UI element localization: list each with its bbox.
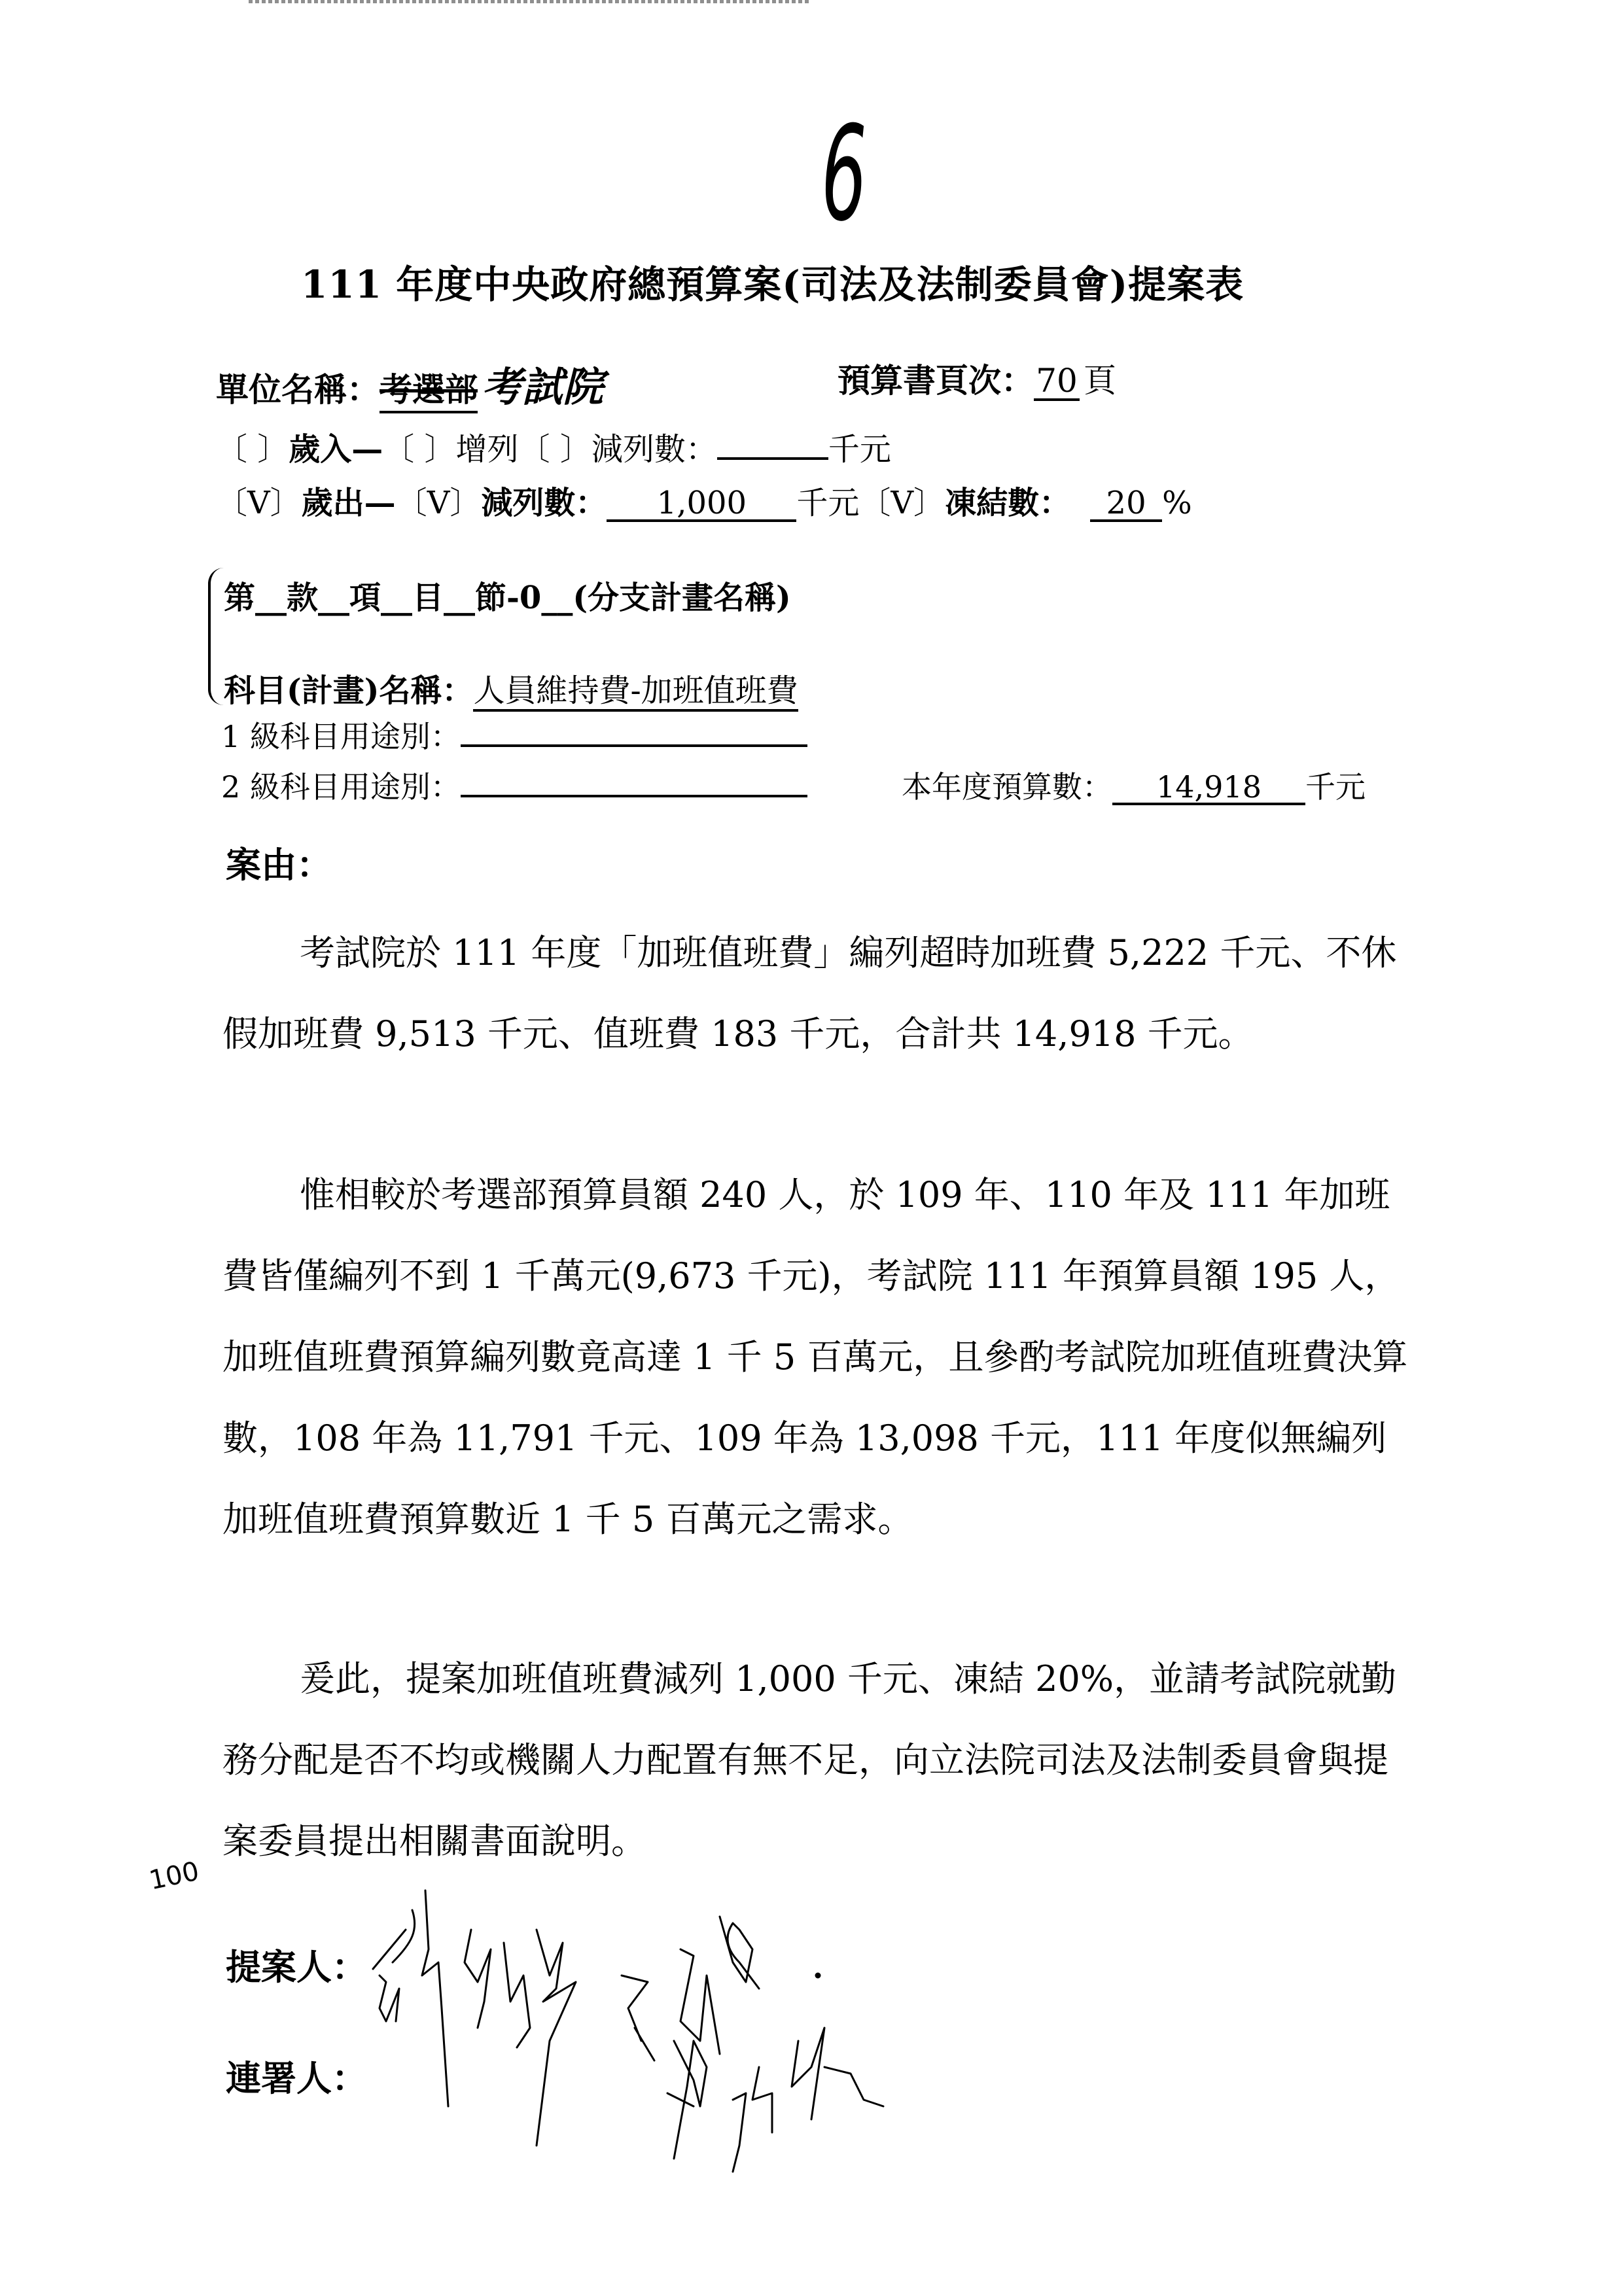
revenue-line: 〔 〕歲入—〔 〕增列〔 〕減列數：千元	[216, 424, 891, 469]
exp-decrease-checkbox[interactable]: 〔V〕	[396, 485, 482, 521]
proposer-label: 提案人：	[226, 1939, 367, 1990]
freeze-amount[interactable]: 20	[1090, 487, 1162, 522]
level1-field[interactable]	[461, 717, 807, 747]
level1-row: 1 級科目用途別：	[221, 713, 807, 756]
level2-label: 2 級科目用途別：	[221, 769, 461, 805]
reason-paragraph-3: 爰此，提案加班值班費減列 1,000 千元、凍結 20%，並請考試院就勤務分配是…	[222, 1639, 1413, 1882]
reason-paragraph-2-text: 惟相較於考選部預算員額 240 人，於 109 年、110 年及 111 年加班…	[222, 1174, 1407, 1540]
freeze-checkbox[interactable]: 〔V〕	[859, 485, 945, 521]
annual-budget-row: 本年度預算數：14,918千元	[902, 763, 1366, 807]
unit-struck-value: 考選部	[380, 364, 478, 413]
reason-paragraph-1: 考試院於 111 年度「加班值班費」編列超時加班費 5,222 千元、不休假加班…	[222, 913, 1413, 1075]
decrease-checkbox[interactable]: 〔 〕	[519, 431, 591, 468]
unit-handwritten-value: 考試院	[482, 363, 603, 411]
revenue-label: 歲入—	[289, 431, 383, 468]
exp-unit: 千元	[796, 485, 859, 521]
revenue-checkbox[interactable]: 〔 〕	[216, 431, 289, 468]
page-label: 預算書頁次：	[838, 361, 1034, 400]
subject-row: 科目(計畫)名稱：人員維持費-加班值班費	[224, 665, 798, 710]
revenue-unit: 千元	[828, 431, 891, 468]
budget-page-row: 預算書頁次：70頁	[838, 355, 1116, 402]
page-value: 70	[1034, 364, 1080, 401]
unit-label: 單位名稱：	[216, 370, 380, 409]
proposer-signature-icon	[366, 1871, 1152, 2185]
budget-value: 14,918	[1112, 771, 1305, 805]
subject-label: 科目(計畫)名稱：	[224, 672, 473, 709]
level2-field[interactable]	[461, 767, 807, 797]
page-title: 111 年度中央政府總預算案(司法及法制委員會)提案表	[301, 254, 1244, 309]
reason-paragraph-1-text: 考試院於 111 年度「加班值班費」編列超時加班費 5,222 千元、不休假加班…	[222, 932, 1396, 1054]
budget-unit: 千元	[1305, 769, 1366, 805]
reason-heading: 案由：	[226, 837, 332, 888]
scan-artifact	[249, 0, 811, 3]
margin-note: 100	[147, 1856, 202, 1896]
expenditure-checkbox[interactable]: 〔V〕	[216, 485, 302, 521]
classification-line: 第__款__項__目__節-0__(分支計畫名稱)	[224, 572, 791, 617]
classification-brace	[208, 568, 224, 705]
cosigner-label: 連署人：	[226, 2051, 367, 2101]
exp-decrease-label: 減列數：	[481, 485, 607, 521]
exp-decrease-amount[interactable]: 1,000	[607, 487, 796, 522]
revenue-amount-field[interactable]	[717, 428, 828, 460]
page-suffix: 頁	[1084, 362, 1116, 400]
budget-label: 本年度預算數：	[902, 769, 1112, 805]
level1-label: 1 級科目用途別：	[221, 719, 461, 754]
unit-name-row: 單位名稱：考選部考試院	[216, 355, 603, 413]
expenditure-label: 歲出—	[302, 485, 396, 521]
reason-paragraph-3-text: 爰此，提案加班值班費減列 1,000 千元、凍結 20%，並請考試院就勤務分配是…	[222, 1658, 1396, 1862]
increase-checkbox[interactable]: 〔 〕	[383, 431, 455, 468]
level2-row: 2 級科目用途別：	[221, 763, 807, 807]
reason-paragraph-2: 惟相較於考選部預算員額 240 人，於 109 年、110 年及 111 年加班…	[222, 1155, 1413, 1560]
expenditure-line: 〔V〕歲出—〔V〕減列數：1,000千元〔V〕凍結數：20%	[216, 478, 1192, 523]
freeze-unit: %	[1162, 485, 1192, 521]
handwritten-page-number: 6	[821, 98, 867, 251]
subject-value: 人員維持費-加班值班費	[473, 672, 798, 712]
freeze-label: 凍結數：	[945, 485, 1070, 521]
increase-label: 增列	[456, 431, 519, 468]
decrease-label: 減列數：	[591, 431, 717, 468]
